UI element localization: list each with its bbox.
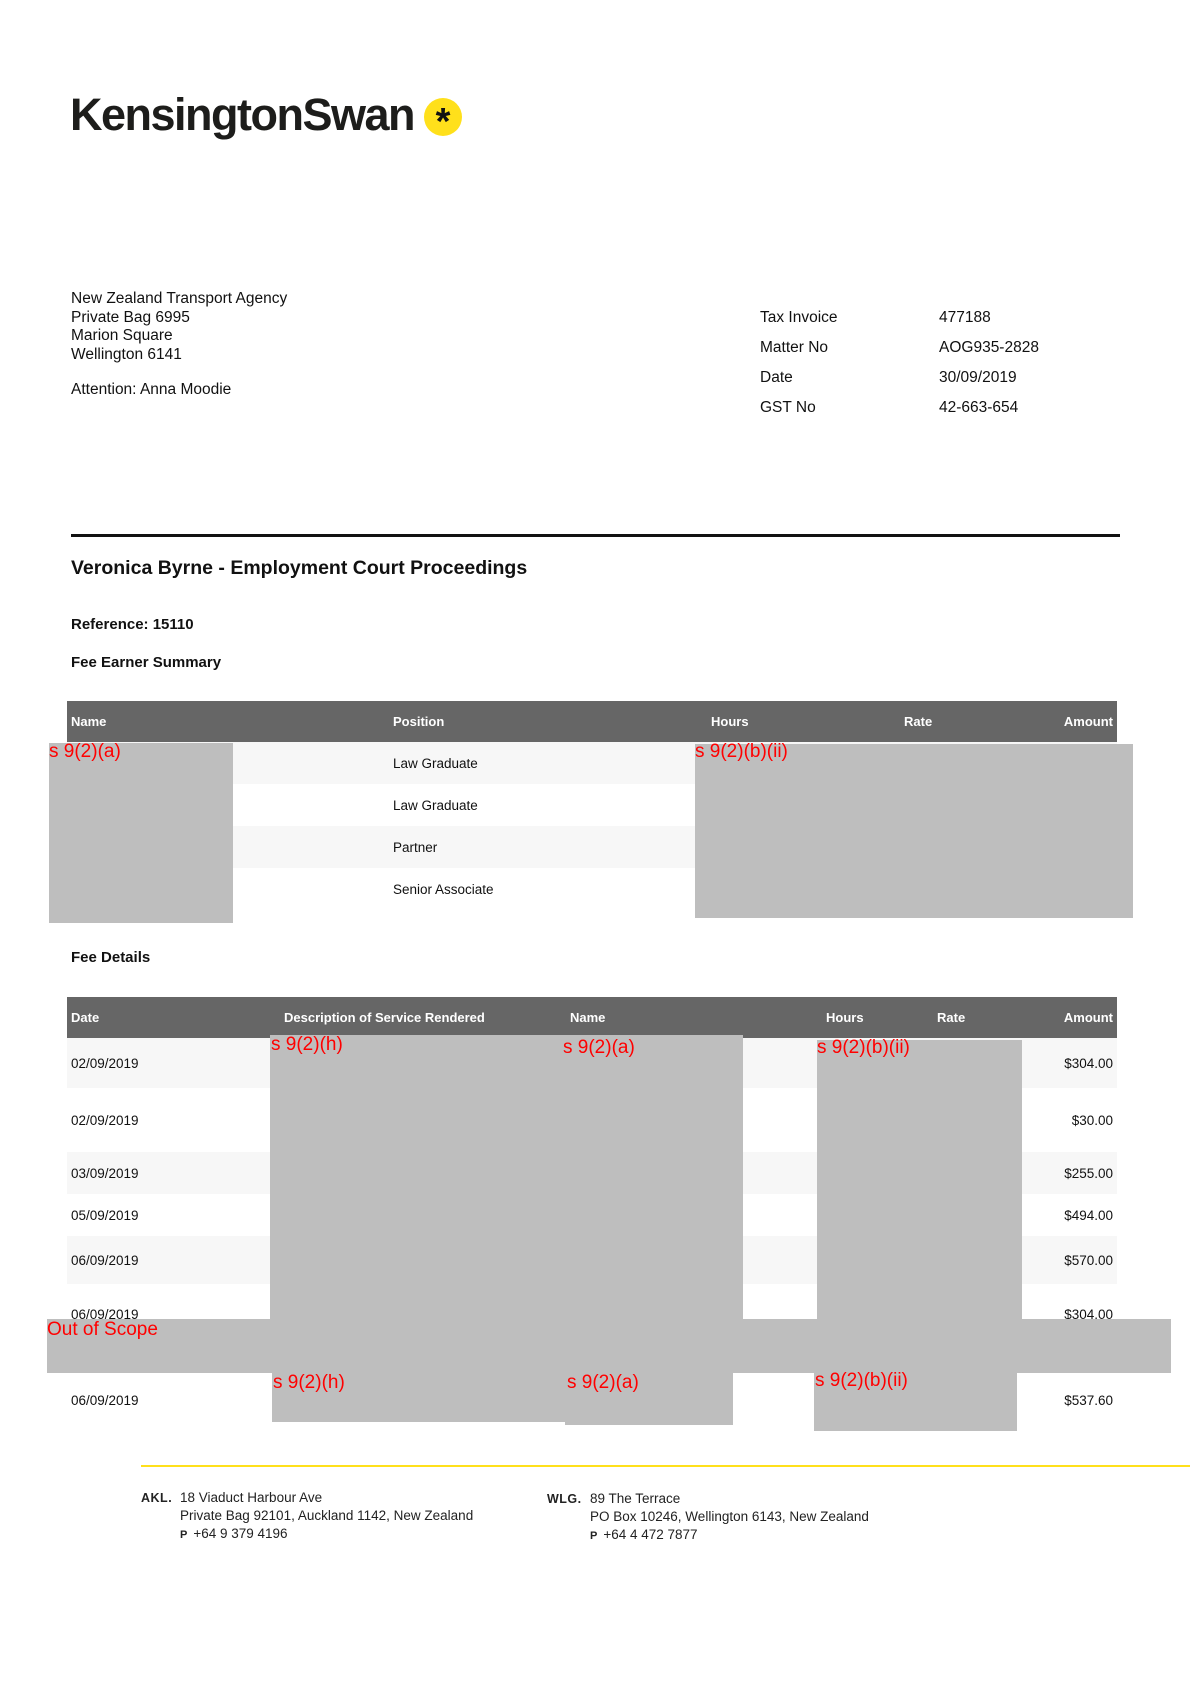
redaction-out-of-scope [47,1319,1171,1373]
amount-cell: $255.00 [1033,1152,1117,1194]
col-description: Description of Service Rendered [280,997,566,1038]
fee-earner-summary-heading: Fee Earner Summary [71,654,221,671]
footer-office-akl: AKL. 18 Viaduct Harbour Ave Private Bag … [141,1489,521,1549]
fee-details-heading: Fee Details [71,949,150,966]
redaction-label: s 9(2)(b)(ii) [817,1038,910,1057]
col-rate: Rate [900,701,1000,742]
table-header: Date Description of Service Rendered Nam… [67,997,1117,1038]
table-header: Name Position Hours Rate Amount [67,701,1117,742]
col-hours: Hours [707,701,900,742]
redaction-label: s 9(2)(a) [567,1373,639,1392]
col-name: Name [566,997,822,1038]
redaction-label: s 9(2)(a) [49,742,121,761]
position-cell: Law Graduate [389,784,707,826]
meta-row-gst-no: GST No42-663-654 [760,399,1039,429]
recipient-line: New Zealand Transport Agency [71,290,287,309]
redaction-name [563,1038,743,1320]
recipient-line: Wellington 6141 [71,346,287,365]
company-logo-text: KensingtonSwan [70,92,414,137]
redaction-label: s 9(2)(b)(ii) [815,1371,908,1390]
invoice-date: 30/09/2019 [939,369,1017,399]
position-cell: Law Graduate [389,742,707,784]
position-cell: Partner [389,826,707,868]
col-rate: Rate [933,997,1033,1038]
office-code: AKL. [141,1489,172,1507]
amount-cell: $304.00 [1033,1038,1117,1088]
redaction-label: s 9(2)(h) [271,1035,343,1054]
invoice-meta: Tax Invoice477188 Matter NoAOG935-2828 D… [760,309,1039,429]
meta-row-matter-no: Matter NoAOG935-2828 [760,339,1039,369]
col-amount: Amount [1033,997,1117,1038]
amount-cell: $494.00 [1033,1194,1117,1236]
recipient-address: New Zealand Transport Agency Private Bag… [71,290,287,364]
redaction-name [49,743,233,923]
redaction-label: s 9(2)(a) [563,1038,635,1057]
asterisk-logo-icon: * [424,98,462,136]
col-amount: Amount [1000,701,1117,742]
col-hours: Hours [822,997,933,1038]
meta-row-tax-invoice: Tax Invoice477188 [760,309,1039,339]
phone-icon: P [590,1530,597,1542]
col-position: Position [389,701,707,742]
recipient-line: Marion Square [71,327,287,346]
footer-office-wlg: WLG. 89 The Terrace PO Box 10246, Wellin… [547,1490,947,1550]
amount-cell: $30.00 [1033,1088,1117,1152]
footer-divider [141,1465,1190,1467]
redaction-label: s 9(2)(b)(ii) [695,742,788,761]
matter-number: AOG935-2828 [939,339,1039,369]
office-phone: +64 9 379 4196 [193,1526,287,1541]
amount-cell: $537.60 [1033,1374,1117,1426]
redaction-label: s 9(2)(h) [273,1373,345,1392]
office-code: WLG. [547,1490,582,1508]
col-date: Date [67,997,280,1038]
matter-title: Veronica Byrne - Employment Court Procee… [71,557,527,580]
divider [71,534,1120,537]
meta-row-date: Date30/09/2019 [760,369,1039,399]
col-name: Name [67,701,389,742]
phone-icon: P [180,1529,187,1541]
redaction-label: Out of Scope [47,1320,158,1339]
office-phone: +64 4 472 7877 [603,1527,697,1542]
attention-line: Attention: Anna Moodie [71,381,231,399]
redaction-figures [817,1040,1022,1320]
gst-number: 42-663-654 [939,399,1018,429]
amount-cell: $570.00 [1033,1236,1117,1284]
tax-invoice-number: 477188 [939,309,991,339]
position-cell: Senior Associate [389,868,707,910]
redaction-figures [695,744,1133,918]
reference: Reference: 15110 [71,616,194,633]
recipient-line: Private Bag 6995 [71,309,287,328]
